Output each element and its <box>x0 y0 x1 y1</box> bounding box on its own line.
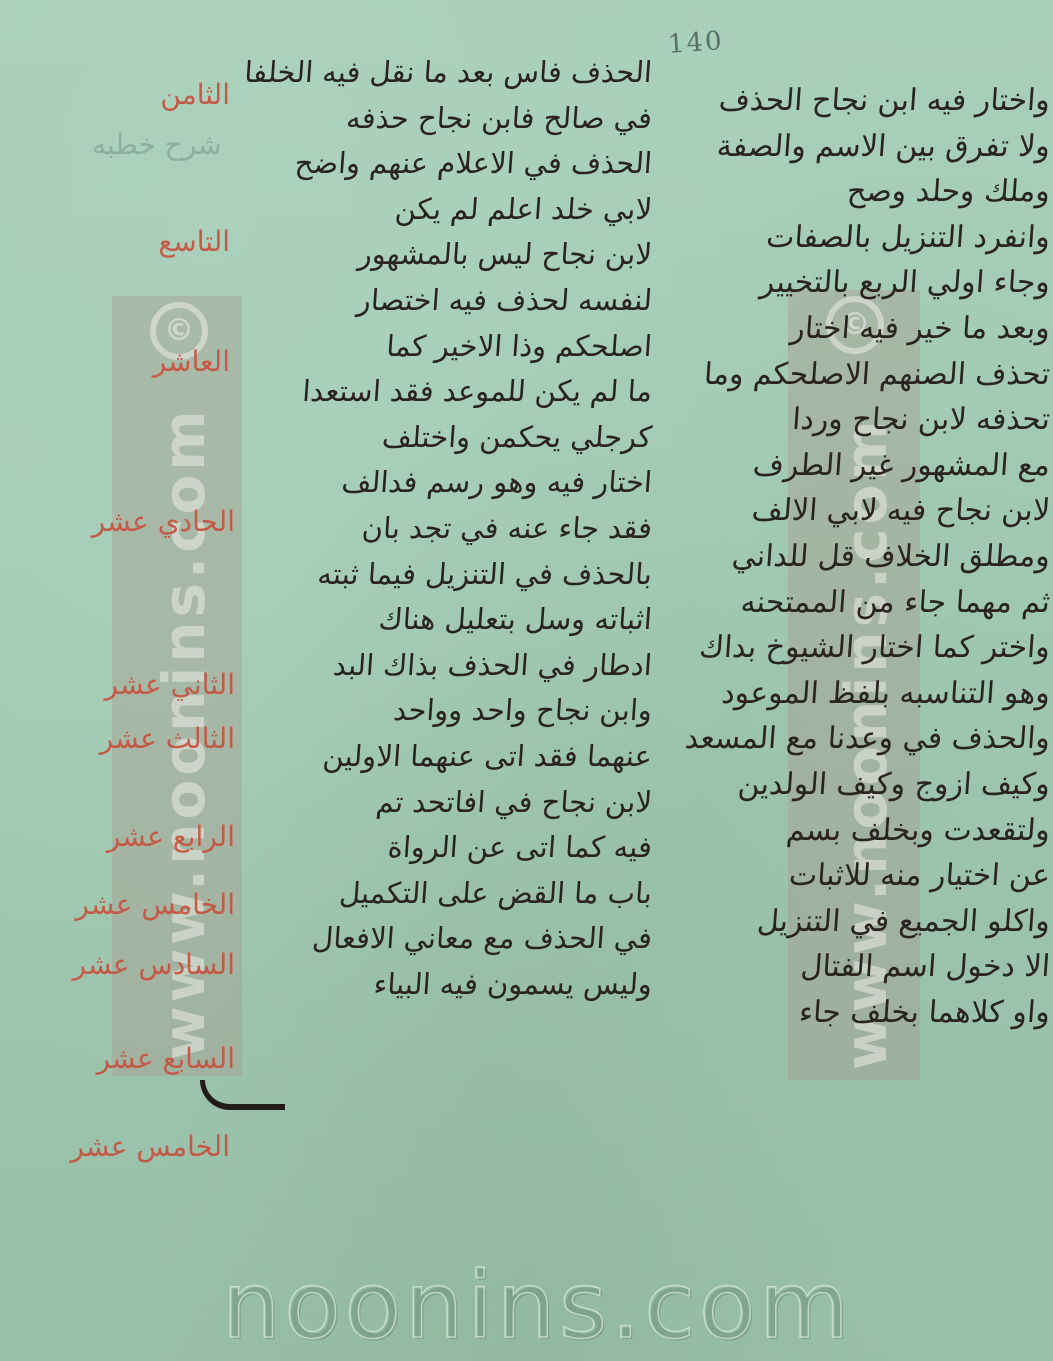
folio-number: 140 <box>667 26 725 60</box>
margin-note: الثامن <box>90 78 230 111</box>
text-line: ولتقعدت وبخلف بسم <box>628 808 1051 854</box>
text-line: الحذف في الاعلام عنهم واضح <box>260 141 653 187</box>
text-line: كرجلي يحكمن واختلف <box>260 415 653 461</box>
text-line: في الحذف مع معاني الافعال <box>260 916 653 962</box>
text-line: الحذف فاس بعد ما نقل فيه الخلفا <box>260 50 653 96</box>
bleed-through-text: شرح خطبه <box>92 128 222 161</box>
text-line: واو كلاهما بخلف جاء <box>628 990 1051 1036</box>
text-line: فقد جاء عنه في تجد بان <box>260 506 653 552</box>
text-line: باب ما القض على التكميل <box>260 871 653 917</box>
margin-note: العاشر <box>90 345 230 378</box>
text-line: ثم مهما جاء من الممتحنه <box>628 580 1051 626</box>
text-line: وبعد ما خير فيه اختار <box>628 306 1051 352</box>
watermark-bottom: noonins.com <box>222 1252 853 1359</box>
text-line: فيه كما اتى عن الرواة <box>260 825 653 871</box>
text-line: واكلو الجميع في التنزيل <box>628 899 1051 945</box>
text-line: واختار فيه ابن نجاح الحذف <box>628 78 1051 124</box>
text-line: اصلحكم وذا الاخير كما <box>260 324 653 370</box>
margin-note: الثالث عشر <box>50 722 235 755</box>
text-line: ما لم يكن للموعد فقد استعدا <box>260 369 653 415</box>
text-line: ومطلق الخلاف قل للداني <box>628 534 1051 580</box>
middle-text-column: الحذف فاس بعد ما نقل فيه الخلفا في صالح … <box>262 50 652 1007</box>
text-line: وانفرد التنزيل بالصفات <box>628 215 1051 261</box>
margin-note: الحادي عشر <box>50 505 235 538</box>
right-text-column: واختار فيه ابن نجاح الحذف ولا تفرق بين ا… <box>630 78 1050 1035</box>
margin-note: الرابع عشر <box>50 820 235 853</box>
text-line: والحذف في وعدنا مع المسعد <box>628 716 1051 762</box>
text-line: عن اختيار منه للاثبات <box>628 853 1051 899</box>
margin-note: الخامس عشر <box>50 888 235 921</box>
text-line: عنهما فقد اتى عنهما الاولين <box>260 734 653 780</box>
text-line: بالحذف في التنزيل فيما ثبته <box>260 552 653 598</box>
ink-flourish <box>200 1080 285 1110</box>
margin-note: التاسع <box>90 225 230 258</box>
text-line: تحذفه لابن نجاح وردا <box>628 397 1051 443</box>
text-line: ولا تفرق بين الاسم والصفة <box>628 124 1051 170</box>
margin-note: الخامس عشر <box>40 1130 230 1163</box>
text-line: وكيف ازوج وكيف الولدين <box>628 762 1051 808</box>
manuscript-page: © © www.noonins.com www.noonins.com 140 … <box>0 0 1053 1361</box>
margin-note: السابع عشر <box>50 1042 235 1075</box>
text-line: الا دخول اسم الفتال <box>628 944 1051 990</box>
text-line: لابن نجاح فيه لابي الالف <box>628 488 1051 534</box>
text-line: وليس يسمون فيه البياء <box>260 962 653 1008</box>
text-line: واختر كما اختار الشيوخ بداك <box>628 625 1051 671</box>
margin-note: السادس عشر <box>50 948 235 981</box>
text-line: وجاء اولي الربع بالتخيير <box>628 260 1051 306</box>
text-line: تحذف الصنهم الاصلحكم وما <box>628 352 1051 398</box>
text-line: مع المشهور غير الطرف <box>628 443 1051 489</box>
text-line: وهو التناسبه بلفظ الموعود <box>628 671 1051 717</box>
text-line: وابن نجاح واحد وواحد <box>260 688 653 734</box>
margin-note: الثاني عشر <box>50 668 235 701</box>
text-line: وملك وحلد وصح <box>628 169 1051 215</box>
text-line: لابن نجاح ليس بالمشهور <box>260 232 653 278</box>
text-line: اختار فيه وهو رسم فدالف <box>260 460 653 506</box>
text-line: لابي خلد اعلم لم يكن <box>260 187 653 233</box>
text-line: ادطار في الحذف بذاك البد <box>260 643 653 689</box>
text-line: اثباته وسل بتعليل هناك <box>260 597 653 643</box>
text-line: لنفسه لحذف فيه اختصار <box>260 278 653 324</box>
text-line: لابن نجاح في افاتحد تم <box>260 780 653 826</box>
text-line: في صالح فابن نجاح حذفه <box>260 96 653 142</box>
